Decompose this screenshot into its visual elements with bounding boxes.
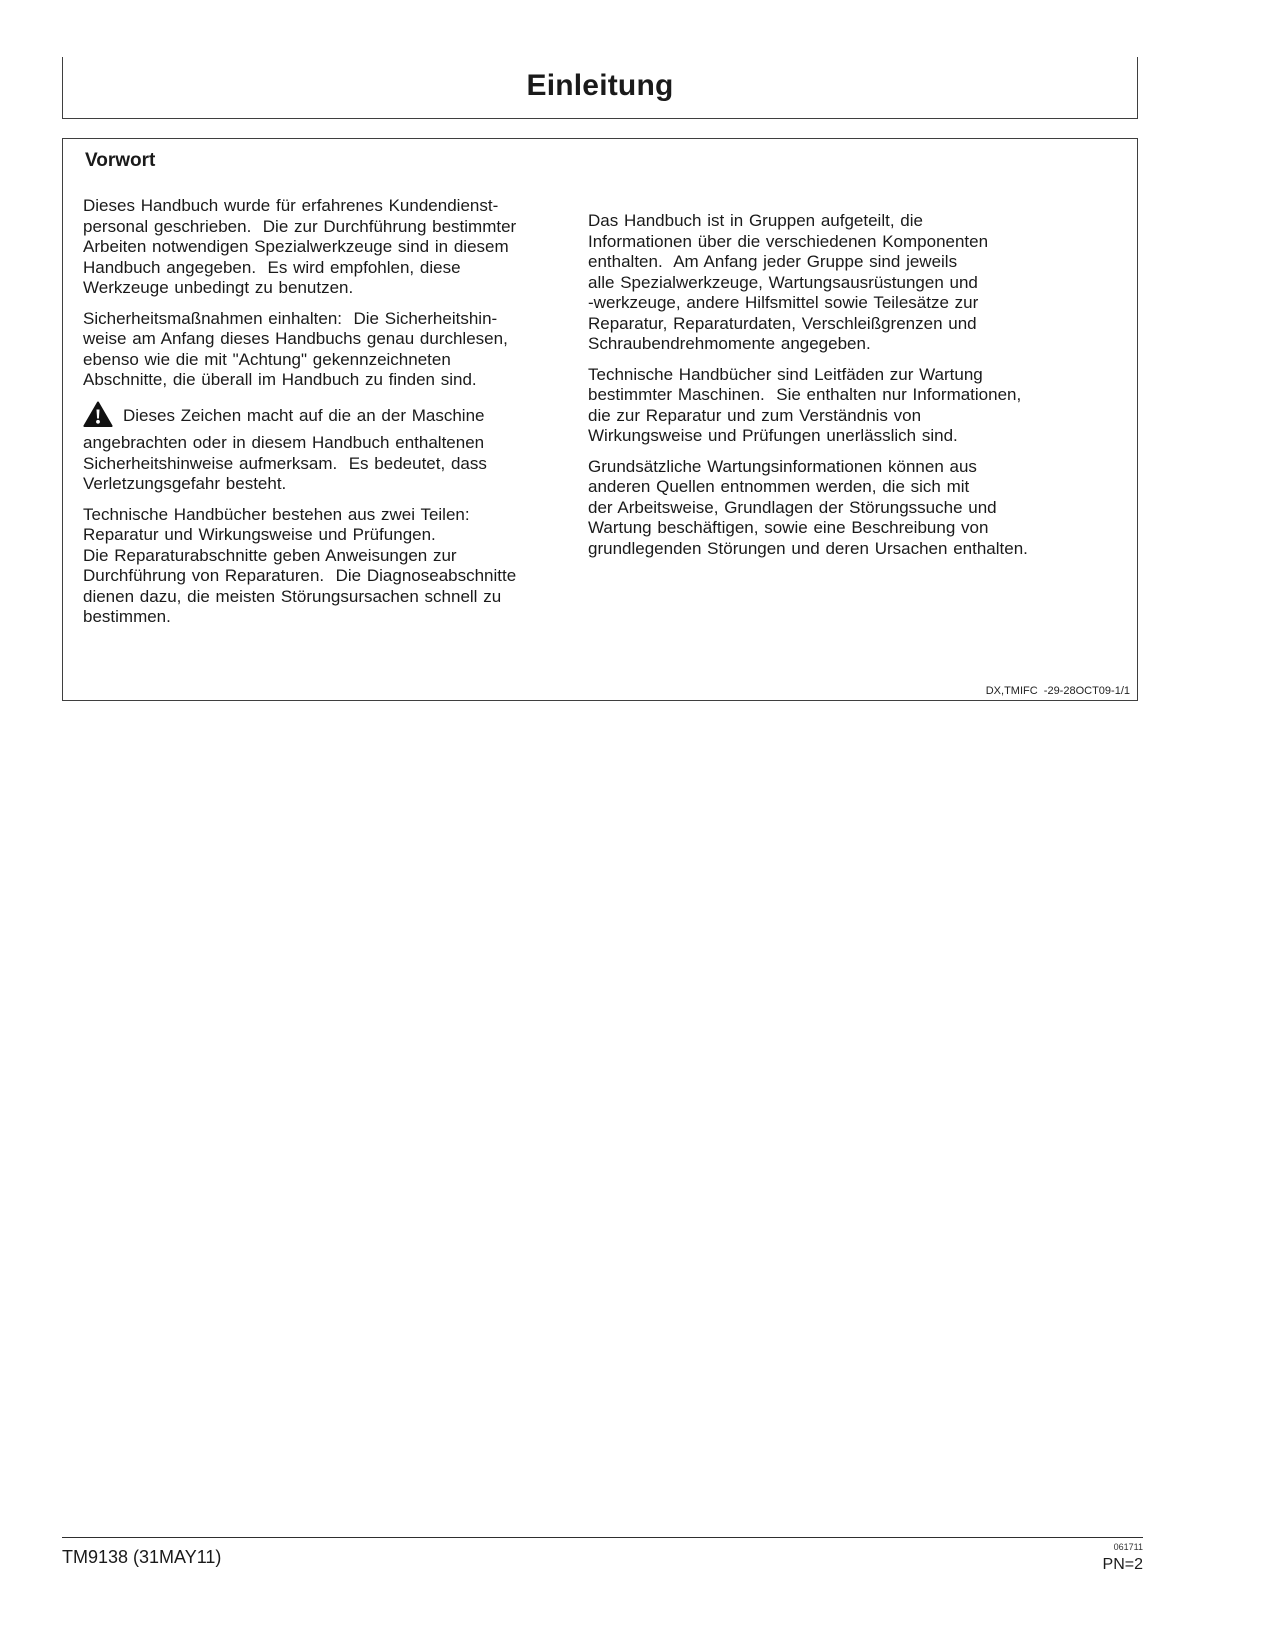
text-line: -werkzeuge, andere Hilfsmittel sowie Tei… [588, 293, 1083, 314]
safety-alert-icon [83, 401, 113, 434]
footer-divider [62, 1537, 1143, 1538]
text-line: Reparatur und Wirkungsweise und Prüfunge… [83, 525, 566, 546]
text-line: anderen Quellen entnommen werden, die si… [588, 477, 1083, 498]
text-line: Grundsätzliche Wartungsinformationen kön… [588, 457, 1083, 478]
section-heading: Vorwort [85, 150, 1137, 172]
foreword-section-box: Vorwort Dieses Handbuch wurde für erfahr… [62, 138, 1138, 701]
paragraph: Technische Handbücher sind Leitfäden zur… [588, 365, 1083, 447]
text-line: Werkzeuge unbedingt zu benutzen. [83, 278, 566, 299]
paragraph: Sicherheitsmaßnahmen einhalten: Die Sich… [83, 309, 566, 391]
reference-code: DX,TMIFC -29-28OCT09-1/1 [986, 685, 1130, 697]
page-number: PN=2 [62, 1556, 1143, 1574]
text-line: Das Handbuch ist in Gruppen aufgeteilt, … [588, 211, 1083, 232]
text-line: Sicherheitshinweise aufmerksam. Es bedeu… [83, 454, 566, 475]
paragraph: Technische Handbücher bestehen aus zwei … [83, 505, 566, 628]
paragraph: Das Handbuch ist in Gruppen aufgeteilt, … [588, 211, 1083, 355]
text-line: Technische Handbücher sind Leitfäden zur… [588, 365, 1083, 386]
text-line: personal geschrieben. Die zur Durchführu… [83, 217, 566, 238]
text-line: angebrachten oder in diesem Handbuch ent… [83, 433, 566, 454]
text-line: Handbuch angegeben. Es wird empfohlen, d… [83, 258, 566, 279]
text-line: Technische Handbücher bestehen aus zwei … [83, 505, 566, 526]
text-line: Durchführung von Reparaturen. Die Diagno… [83, 566, 566, 587]
text-line: der Arbeitsweise, Grundlagen der Störung… [588, 498, 1083, 519]
text-line: enthalten. Am Anfang jeder Gruppe sind j… [588, 252, 1083, 273]
text-line: Verletzungsgefahr besteht. [83, 474, 566, 495]
paragraph: Grundsätzliche Wartungsinformationen kön… [588, 457, 1083, 560]
paragraph: Dieses Zeichen macht auf die an der Masc… [83, 401, 566, 495]
text-line: bestimmen. [83, 607, 566, 628]
paragraph: Dieses Handbuch wurde für erfahrenes Kun… [83, 196, 566, 299]
text-line: Informationen über die verschiedenen Kom… [588, 232, 1083, 253]
text-line: Dieses Handbuch wurde für erfahrenes Kun… [83, 196, 566, 217]
text-line: weise am Anfang dieses Handbuchs genau d… [83, 329, 566, 350]
print-code: 061711 [62, 1542, 1143, 1552]
manual-page: Einleitung Vorwort Dieses Handbuch wurde… [0, 0, 1275, 1650]
text-line: Arbeiten notwendigen Spezialwerkzeuge si… [83, 237, 566, 258]
page-header-box: Einleitung [62, 57, 1138, 119]
column-right: Das Handbuch ist in Gruppen aufgeteilt, … [588, 196, 1083, 628]
text-line: grundlegenden Störungen und deren Ursach… [588, 539, 1083, 560]
text-line: die zur Reparatur und zum Verständnis vo… [588, 406, 1083, 427]
page-title: Einleitung [527, 69, 674, 103]
text-line: Sicherheitsmaßnahmen einhalten: Die Sich… [83, 309, 566, 330]
text-line: Schraubendrehmomente angegeben. [588, 334, 1083, 355]
text-line: Wartung beschäftigen, sowie eine Beschre… [588, 518, 1083, 539]
text-line: Abschnitte, die überall im Handbuch zu f… [83, 370, 566, 391]
text-line: dienen dazu, die meisten Störungsursache… [83, 587, 566, 608]
text-line: Reparatur, Reparaturdaten, Verschleißgre… [588, 314, 1083, 335]
text-line: ebenso wie die mit "Achtung" gekennzeich… [83, 350, 566, 371]
text-line: alle Spezialwerkzeuge, Wartungsausrüstun… [588, 273, 1083, 294]
column-left: Dieses Handbuch wurde für erfahrenes Kun… [83, 196, 566, 628]
text-line: Wirkungsweise und Prüfungen unerlässlich… [588, 426, 1083, 447]
text-line: Die Reparaturabschnitte geben Anweisunge… [83, 546, 566, 567]
text-line: bestimmter Maschinen. Sie enthalten nur … [588, 385, 1083, 406]
text-line: Dieses Zeichen macht auf die an der Masc… [83, 401, 566, 434]
text-columns: Dieses Handbuch wurde für erfahrenes Kun… [83, 196, 1119, 628]
